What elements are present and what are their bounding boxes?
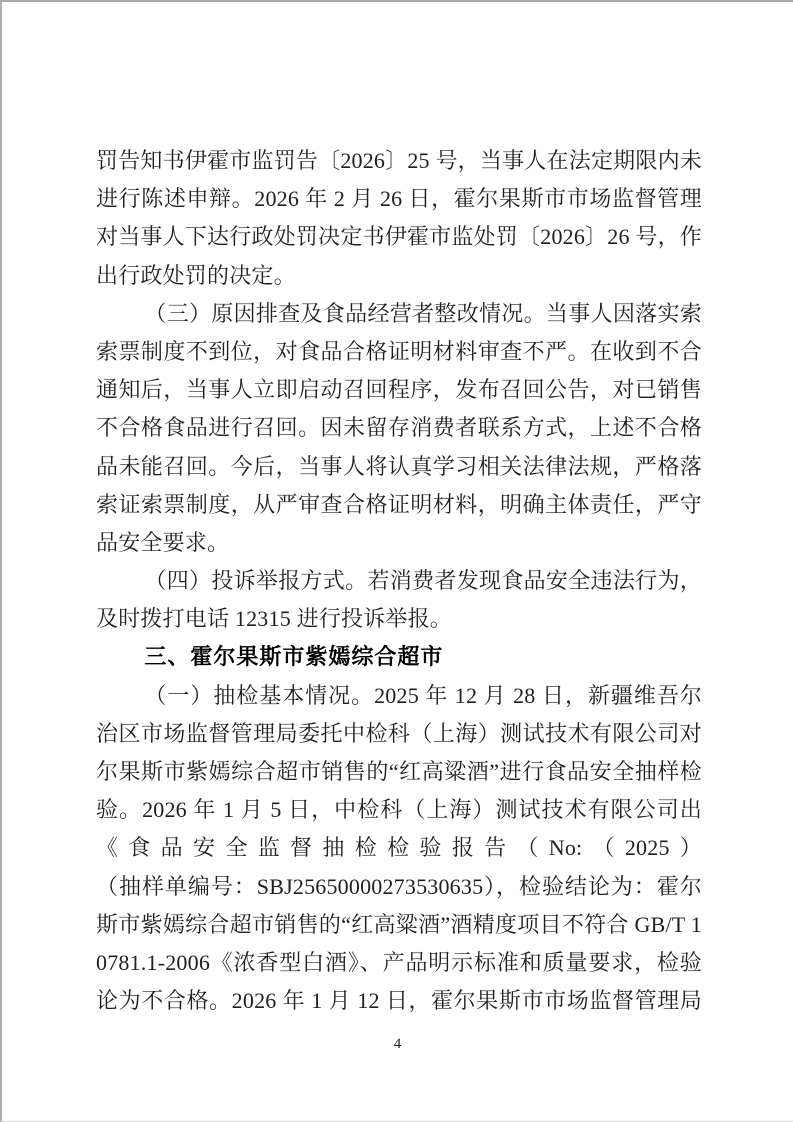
text-line: 出行政处罚的决定。 — [96, 257, 702, 295]
text-line: 论为不合格。2026 年 1 月 12 日，霍尔果斯市市场监督管理局启 — [96, 982, 702, 1020]
text-line: 索证索票制度，从严审查合格证明材料，明确主体责任，严守食 — [96, 486, 702, 524]
text-line: 进行陈述申辩。2026 年 2 月 26 日，霍尔果斯市市场监督管理局 — [96, 180, 702, 218]
text-line: 斯市紫嫣综合超市销售的“红高粱酒”酒精度项目不符合 GB/T 1 — [96, 906, 702, 944]
text-line: 品未能召回。今后，当事人将认真学习相关法律法规，严格落实 — [96, 448, 702, 486]
text-line: （四）投诉举报方式。若消费者发现食品安全违法行为，请 — [96, 562, 702, 600]
text-line: 对当事人下达行政处罚决定书伊霍市监处罚〔2026〕26 号，作 — [96, 218, 702, 256]
text-line: 通知后，当事人立即启动召回程序，发布召回公告，对已销售的 — [96, 371, 702, 409]
text-line: 索票制度不到位，对食品合格证明材料审查不严。在收到不合格 — [96, 333, 702, 371]
text-line: （三）原因排查及食品经营者整改情况。当事人因落实索证 — [96, 295, 702, 333]
text-line: （一）抽检基本情况。2025 年 12 月 28 日，新疆维吾尔自 — [96, 677, 702, 715]
text-line: 罚告知书伊霍市监罚告〔2026〕25 号，当事人在法定期限内未 — [96, 142, 702, 180]
text-line: 及时拨打电话 12315 进行投诉举报。 — [96, 600, 702, 638]
page-number: 4 — [2, 1036, 793, 1053]
text-line: 品安全要求。 — [96, 524, 702, 562]
text-line: 《食品安全监督抽检检验报告（No:（2025）SHF25G00352628）》 — [96, 829, 702, 867]
text-line: 验。2026 年 1 月 5 日，中检科（上海）测试技术有限公司出具 — [96, 791, 702, 829]
document-body: 罚告知书伊霍市监罚告〔2026〕25 号，当事人在法定期限内未进行陈述申辩。20… — [2, 2, 793, 1020]
text-line: 治区市场监督管理局委托中检科（上海）测试技术有限公司对霍 — [96, 715, 702, 753]
text-line: 不合格食品进行召回。因未留存消费者联系方式，上述不合格产 — [96, 409, 702, 447]
text-line: 0781.1-2006《浓香型白酒》、产品明示标准和质量要求，检验结 — [96, 944, 702, 982]
text-line: （抽样单编号：SBJ25650000273530635），检验结论为：霍尔果 — [96, 868, 702, 906]
document-page: 罚告知书伊霍市监罚告〔2026〕25 号，当事人在法定期限内未进行陈述申辩。20… — [0, 0, 793, 1122]
text-line: 尔果斯市紫嫣综合超市销售的“红高粱酒”进行食品安全抽样检 — [96, 753, 702, 791]
section-heading: 三、霍尔果斯市紫嫣综合超市 — [96, 638, 702, 676]
